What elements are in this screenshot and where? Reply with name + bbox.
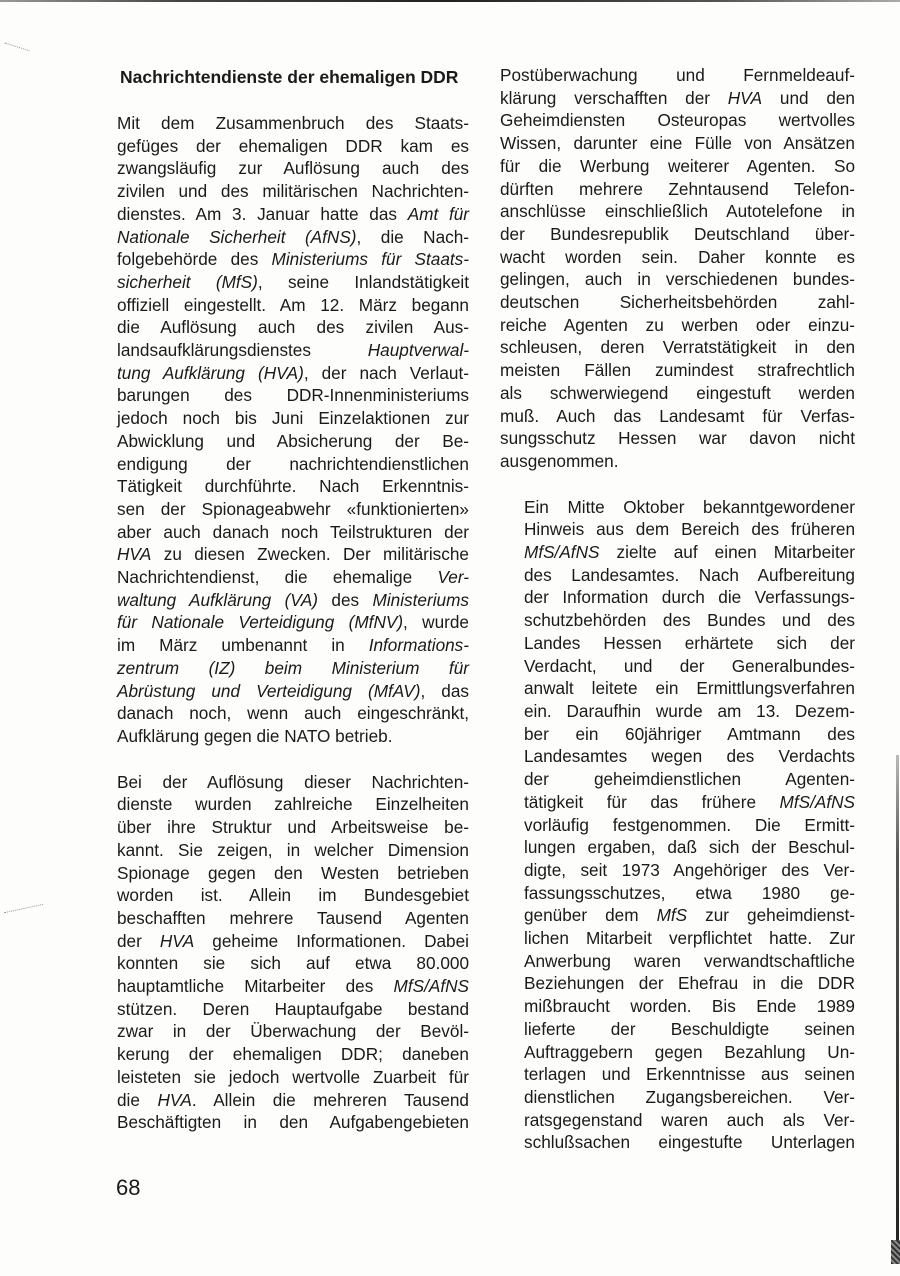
text-line: ausgenommen. [500,450,855,473]
text-line: Abrüstung und Verteidigung (MfAV), das [117,680,469,703]
text-line: Ein Mitte Oktober bekanntgewordener [524,496,855,519]
text-line: digte, seit 1973 Angehöriger des Ver- [524,859,855,882]
text-line: Verdacht, und der Generalbundes- [524,655,855,678]
text-line: Landesamtes wegen des Verdachts [524,745,855,768]
text-line: waltung Aufklärung (VA) des Ministeriums [117,589,469,612]
text-line: konnten sie sich auf etwa 80.000 [117,952,469,975]
text-line: jedoch noch bis Juni Einzelaktionen zur [117,407,469,430]
text-line: wacht worden sein. Daher konnte es [500,246,855,269]
text-line: anwalt leitete ein Ermittlungsverfahren [524,677,855,700]
text-line: fassungsschutzes, etwa 1980 ge- [524,882,855,905]
text-line: Hinweis aus dem Bereich des früheren [524,518,855,541]
paragraph: Ein Mitte Oktober bekanntgewordenerHinwe… [524,496,855,1154]
text-line: lieferte der Beschuldigte seinen [524,1018,855,1041]
text-line: anschlüsse einschließlich Autotelefone i… [500,200,855,223]
text-line: zwangsläufig zur Auflösung auch des [117,157,469,180]
paragraph: Bei der Auflösung dieser Nachrichten-die… [117,771,469,1134]
text-line: klärung verschafften der HVA und den [500,87,855,110]
text-line: Tätigkeit durchführte. Nach Erkenntnis- [117,475,469,498]
scan-right-edge [896,755,899,1260]
text-line: der Information durch die Verfassungs- [524,586,855,609]
text-line: beschafften mehrere Tausend Agenten [117,907,469,930]
text-line: Beziehungen der Ehefrau in die DDR [524,972,855,995]
text-line: schutzbehörden des Bundes und des [524,609,855,632]
text-line: die Auflösung auch des zivilen Aus- [117,316,469,339]
text-line: HVA zu diesen Zwecken. Der militärische [117,543,469,566]
text-line: für die Werbung weiterer Agenten. So [500,155,855,178]
text-line: Mit dem Zusammenbruch des Staats- [117,112,469,135]
text-line: mißbraucht worden. Bis Ende 1989 [524,995,855,1018]
text-line: tätigkeit für das frühere MfS/AfNS [524,791,855,814]
text-line: endigung der nachrichtendienstlichen [117,453,469,476]
text-line: danach noch, wenn auch eingeschränkt, [117,702,469,725]
text-line: Anwerbung waren verwandtschaftliche [524,950,855,973]
text-line: dienstlichen Zugangsbereichen. Ver- [524,1086,855,1109]
scan-artifact [0,42,29,64]
text-line: zivilen und des militärischen Nachrichte… [117,180,469,203]
text-line: zwar in der Überwachung der Bevöl- [117,1020,469,1043]
text-line: Wissen, darunter eine Fülle von Ansätzen [500,132,855,155]
left-column: Nachrichtendienste der ehemaligen DDR Mi… [117,64,472,1134]
text-line: hauptamtliche Mitarbeiter des MfS/AfNS [117,975,469,998]
text-line: MfS/AfNS zielte auf einen Mitarbeiter [524,541,855,564]
scan-artifact [4,904,44,917]
scan-top-edge [0,0,900,2]
text-line: vorläufig festgenommen. Die Ermitt- [524,814,855,837]
text-line: sungsschutz Hessen war davon nicht [500,427,855,450]
text-line: deutschen Sicherheitsbehörden zahl- [500,291,855,314]
text-line: gelingen, auch in verschiedenen bundes- [500,268,855,291]
text-line: ber ein 60jähriger Amtmann des [524,723,855,746]
section-heading: Nachrichtendienste der ehemaligen DDR [120,66,460,88]
text-line: Postüberwachung und Fernmeldeauf- [500,64,855,87]
text-line: ein. Daraufhin wurde am 13. Dezem- [524,700,855,723]
text-line: Landes Hessen erhärtete sich der [524,632,855,655]
text-line: folgebehörde des Ministeriums für Staats… [117,248,469,271]
text-line: der geheimdienstlichen Agenten- [524,768,855,791]
text-line: Aufklärung gegen die NATO betrieb. [117,725,469,748]
text-line: terlagen und Erkenntnisse aus seinen [524,1063,855,1086]
text-line: Nationale Sicherheit (AfNS), die Nach- [117,226,469,249]
text-line: barungen des DDR-Innenministeriums [117,384,469,407]
text-line: zentrum (IZ) beim Ministerium für [117,657,469,680]
text-line: im März umbenannt in Informations- [117,634,469,657]
text-line: der Bundesrepublik Deutschland über- [500,223,855,246]
text-line: lungen ergaben, daß sich der Beschul- [524,836,855,859]
text-line: offiziell eingestellt. Am 12. März began… [117,294,469,317]
text-line: Nachrichtendienst, die ehemalige Ver- [117,566,469,589]
text-line: Bei der Auflösung dieser Nachrichten- [117,771,469,794]
text-line: muß. Auch das Landesamt für Verfas- [500,405,855,428]
text-line: Geheimdiensten Osteuropas wertvolles [500,109,855,132]
text-line: über ihre Struktur und Arbeitsweise be- [117,816,469,839]
right-column: Postüberwachung und Fernmeldeauf-klärung… [500,64,855,1154]
text-line: dürften mehrere Zehntausend Telefon- [500,178,855,201]
text-line: Beschäftigten in den Aufgabengebieten [117,1111,469,1134]
text-line: kannt. Sie zeigen, in welcher Dimension [117,839,469,862]
text-line: sen der Spionageabwehr «funktionierten» [117,498,469,521]
text-line: reiche Agenten zu werben oder einzu- [500,314,855,337]
text-line: Abwicklung und Absicherung der Be- [117,430,469,453]
text-line: kerung der ehemaligen DDR; daneben [117,1043,469,1066]
text-line: leisteten sie jedoch wertvolle Zuarbeit … [117,1066,469,1089]
paragraph: Mit dem Zusammenbruch des Staats-gefüges… [117,112,469,748]
text-line: meisten Fällen zumindest strafrechtlich [500,359,855,382]
scan-edge-marker [891,1240,900,1264]
text-line: ratsgegenstand waren auch als Ver- [524,1109,855,1132]
text-line: dienstes. Am 3. Januar hatte das Amt für [117,203,469,226]
text-line: lichen Mitarbeit verpflichtet hatte. Zur [524,927,855,950]
text-line: die HVA. Allein die mehreren Tausend [117,1089,469,1112]
text-line: der HVA geheime Informationen. Dabei [117,930,469,953]
text-line: Auftraggebern gegen Bezahlung Un- [524,1041,855,1064]
text-line: sicherheit (MfS), seine Inlandstätigkeit [117,271,469,294]
text-line: worden ist. Allein im Bundesgebiet [117,884,469,907]
text-line: aber auch danach noch Teilstrukturen der [117,521,469,544]
text-line: tung Aufklärung (HVA), der nach Verlaut- [117,362,469,385]
page-number: 68 [116,1175,140,1201]
text-line: schleusen, deren Verratstätigkeit in den [500,336,855,359]
text-line: schlußsachen eingestufte Unterlagen [524,1131,855,1154]
text-line: für Nationale Verteidigung (MfNV), wurde [117,611,469,634]
text-line: Spionage gegen den Westen betrieben [117,862,469,885]
text-line: als schwerwiegend eingestuft werden [500,382,855,405]
paragraph: Postüberwachung und Fernmeldeauf-klärung… [500,64,855,473]
text-line: des Landesamtes. Nach Aufbereitung [524,564,855,587]
text-line: stützen. Deren Hauptaufgabe bestand [117,998,469,1021]
text-line: genüber dem MfS zur geheimdienst- [524,904,855,927]
text-line: landsaufklärungsdienstes Hauptverwal- [117,339,469,362]
text-line: dienste wurden zahlreiche Einzelheiten [117,793,469,816]
text-line: gefüges der ehemaligen DDR kam es [117,135,469,158]
